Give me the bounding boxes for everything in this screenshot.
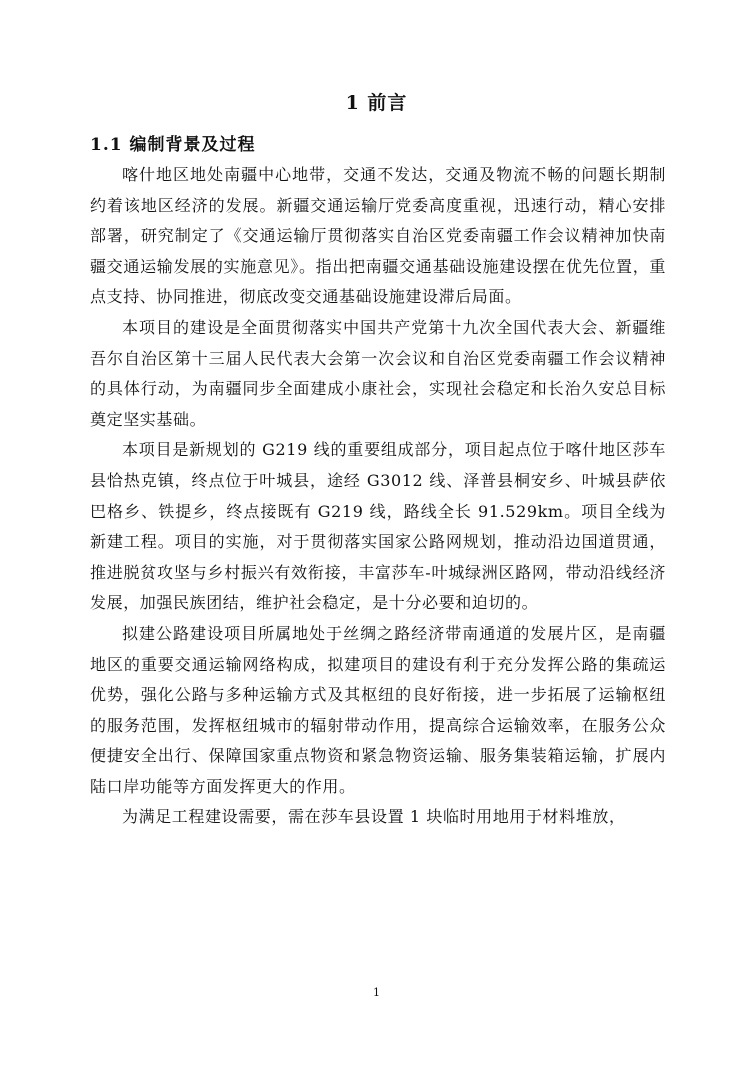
body-text: 喀什地区地处南疆中心地带，交通不发达，交通及物流不畅的问题长期制约着该地区经济的… xyxy=(90,160,666,833)
section-title: 1.1 编制背景及过程 xyxy=(90,130,256,155)
chapter-title: 1 前言 xyxy=(0,88,753,115)
paragraph: 为满足工程建设需要，需在莎车县设置 1 块临时用地用于材料堆放， xyxy=(90,802,666,833)
paragraph: 喀什地区地处南疆中心地带，交通不发达，交通及物流不畅的问题长期制约着该地区经济的… xyxy=(90,160,666,313)
paragraph: 本项目的建设是全面贯彻落实中国共产党第十九次全国代表大会、新疆维吾尔自治区第十三… xyxy=(90,313,666,435)
paragraph: 拟建公路建设项目所属地处于丝绸之路经济带南通道的发展片区，是南疆地区的重要交通运… xyxy=(90,619,666,803)
paragraph: 本项目是新规划的 G219 线的重要组成部分，项目起点位于喀什地区莎车县恰热克镇… xyxy=(90,435,666,619)
page-number: 1 xyxy=(0,986,753,999)
document-page: 1 前言 1.1 编制背景及过程 喀什地区地处南疆中心地带，交通不发达，交通及物… xyxy=(0,0,753,1066)
